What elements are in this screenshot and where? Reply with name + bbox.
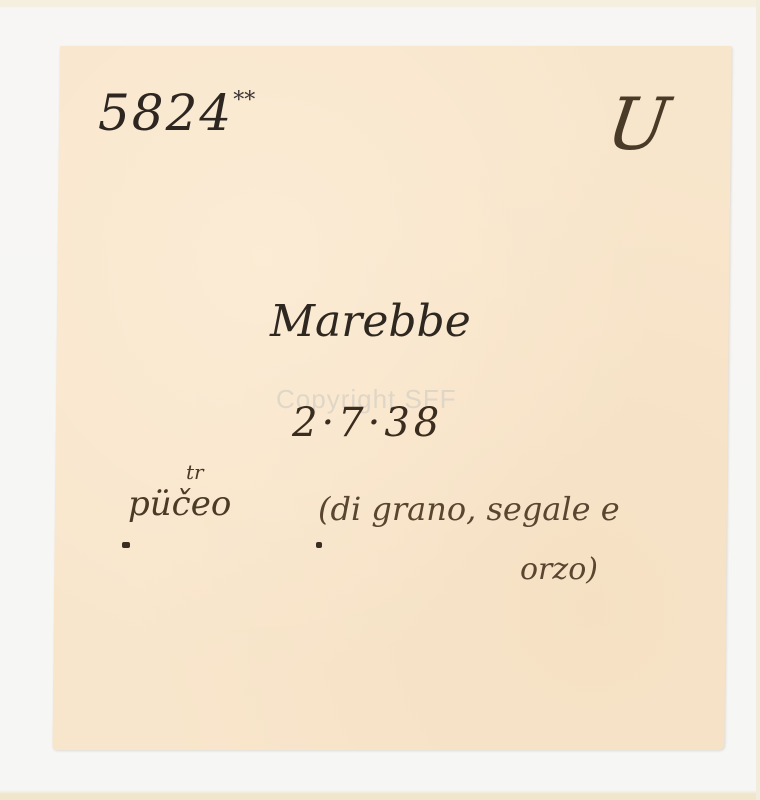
ink-blot <box>316 542 322 548</box>
gloss-line-2: orzo) <box>520 552 598 587</box>
catalog-marks: ** <box>233 88 255 113</box>
term-superscript: tr <box>186 460 204 484</box>
mount-edge <box>756 0 760 800</box>
catalog-number: 5824** <box>98 84 255 142</box>
dialect-term: püčeo <box>128 484 231 524</box>
date: 2·7·38 <box>292 400 443 446</box>
catalog-number-value: 5824 <box>98 84 233 142</box>
place-name: Marebbe <box>270 296 471 347</box>
scan-background: 5824** U Marebbe Copyright SFF 2·7·38 tr… <box>0 0 760 800</box>
series-letter: U <box>602 82 674 166</box>
gloss-line-1: (di grano, segale e <box>318 490 620 528</box>
ink-blot <box>122 542 130 548</box>
